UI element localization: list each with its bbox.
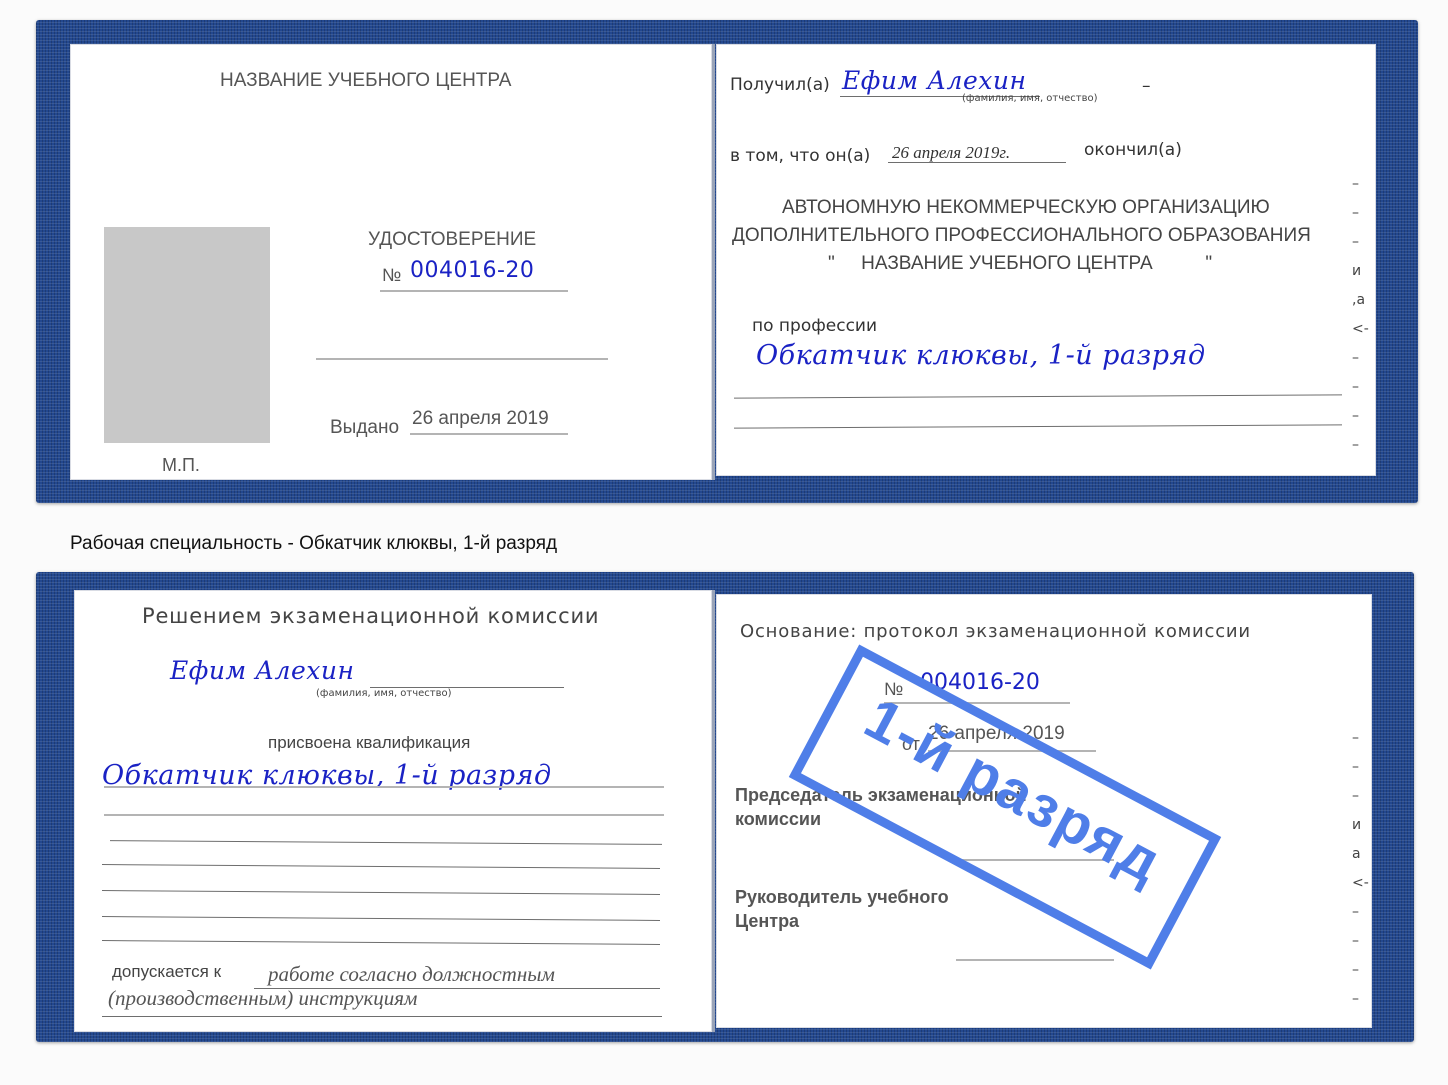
decision-name-hint: (фамилия, имя, отчество) [316, 688, 452, 699]
completed-date: 26 апреля 2019г. [892, 143, 1010, 163]
decision-holder-name: Ефим Алехин [170, 656, 354, 685]
issued-label: Выдано [330, 417, 399, 439]
edge-mark: – [1352, 437, 1359, 453]
specialty-caption: Рабочая специальность - Обкатчик клюквы,… [70, 533, 557, 555]
profession-label: по профессии [752, 316, 877, 336]
chairman-label-2: комиссии [735, 809, 821, 830]
edge-mark: – [1352, 759, 1359, 775]
decision-title: Решением экзаменационной комиссии [142, 604, 599, 628]
edge-mark: – [1352, 933, 1359, 949]
org-line-3: " НАЗВАНИЕ УЧЕБНОГО ЦЕНТРА " [828, 253, 1212, 275]
org-line-2: ДОПОЛНИТЕЛЬНОГО ПРОФЕССИОНАЛЬНОГО ОБРАЗО… [732, 225, 1311, 247]
spine-top [712, 44, 715, 480]
number-underline [380, 290, 568, 292]
profession-value: Обкатчик клюквы, 1-й разряд [756, 340, 1206, 371]
edge-mark: – [1352, 408, 1359, 424]
signature-line [316, 358, 608, 360]
head-label-1: Руководитель учебного [735, 887, 949, 908]
seal-label: М.П. [162, 455, 200, 476]
edge-mark: – [1352, 379, 1359, 395]
number-prefix: № [382, 265, 401, 286]
received-label: Получил(а) [730, 75, 830, 95]
document-title: УДОСТОВЕРЕНИЕ [368, 229, 536, 251]
edge-mark: – [1352, 176, 1359, 192]
edge-mark: и [1352, 817, 1361, 833]
admitted-line-1: работе согласно должностным [268, 962, 555, 987]
certificate-number: 004016-20 [410, 258, 534, 283]
qualification-line-1 [104, 786, 664, 788]
edge-mark: <- [1352, 321, 1369, 337]
edge-mark: – [1352, 234, 1359, 250]
dash: – [1142, 76, 1151, 96]
basis-title: Основание: протокол экзаменационной коми… [740, 621, 1251, 642]
edge-mark: – [1352, 991, 1359, 1007]
qualification-line-2 [104, 814, 664, 816]
edge-mark: – [1352, 730, 1359, 746]
completed-date-underline [888, 162, 1066, 163]
org-line-1: АВТОНОМНУЮ НЕКОММЕРЧЕСКУЮ ОРГАНИЗАЦИЮ [782, 197, 1270, 219]
edge-mark: <- [1352, 875, 1369, 891]
photo-placeholder [104, 227, 270, 443]
issued-underline [410, 433, 568, 435]
admitted-label: допускается к [112, 962, 221, 982]
admitted-underline-2 [102, 1016, 662, 1017]
holder-name: Ефим Алехин [842, 66, 1026, 95]
training-center-name: НАЗВАНИЕ УЧЕБНОГО ЦЕНТРА [220, 70, 512, 92]
issued-date: 26 апреля 2019 [412, 408, 549, 430]
edge-mark: – [1352, 788, 1359, 804]
completed-label: окончил(а) [1084, 140, 1182, 160]
edge-mark: ,а [1352, 292, 1365, 308]
admitted-line-2: (производственным) инструкциям [108, 986, 417, 1011]
that-label: в том, что он(а) [730, 146, 870, 166]
edge-mark: – [1352, 904, 1359, 920]
edge-mark: и [1352, 263, 1361, 279]
head-signature-line [956, 959, 1114, 961]
head-label-2: Центра [735, 911, 799, 932]
edge-mark: – [1352, 962, 1359, 978]
edge-mark: а [1352, 846, 1361, 862]
name-hint: (фамилия, имя, отчество) [962, 93, 1098, 104]
qualification-label: присвоена квалификация [268, 733, 470, 753]
edge-mark: – [1352, 350, 1359, 366]
edge-mark: – [1352, 205, 1359, 221]
spine-bottom [712, 590, 715, 1032]
